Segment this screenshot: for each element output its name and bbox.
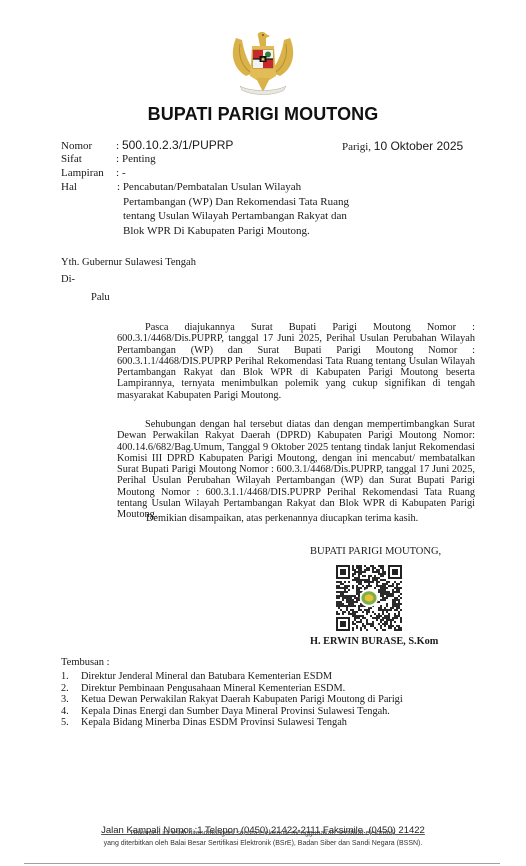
sifat-value: Penting: [122, 153, 156, 165]
meta-lampiran: Lampiran:-: [61, 167, 126, 180]
lampiran-label: Lampiran: [61, 167, 116, 180]
hal-line: Pertambangan (WP) Dan Rekomendasi Tata R…: [117, 195, 377, 210]
date-value: 10 Oktober 2025: [374, 139, 463, 153]
date-place: Parigi,: [342, 141, 371, 153]
nomor-value: 500.10.2.3/1/PUPRP: [122, 138, 233, 152]
tembusan-item: 3.Ketua Dewan Perwakilan Rakyat Daerah K…: [61, 694, 403, 706]
closing-sentence: Demikian disampaikan, atas perkenannya d…: [146, 513, 418, 524]
letterhead-title: BUPATI PARIGI MOUTONG: [0, 104, 526, 125]
recipient-city: Palu: [91, 292, 110, 304]
tembusan-item: 2.Direktur Pembinaan Pengusahaan Mineral…: [61, 683, 403, 695]
hal-line: Blok WPR Di Kabupaten Parigi Moutong.: [117, 224, 377, 239]
page-bottom-rule: [24, 863, 500, 864]
hal-line: tentang Usulan Wilayah Pertambangan Raky…: [117, 209, 377, 224]
footer-certificate-line: Dokumen ini telah ditandatangani secara …: [0, 830, 526, 837]
hal-label: Hal: [61, 181, 116, 194]
hal-colon: :: [117, 181, 120, 193]
tembusan-item: 5.Kepala Bidang Minerba Dinas ESDM Provi…: [61, 717, 403, 729]
tembusan-item: 4.Kepala Dinas Energi dan Sumber Daya Mi…: [61, 706, 403, 718]
meta-hal: Hal: [61, 181, 116, 194]
signatory-name: H. ERWIN BURASE, S.Kom: [310, 636, 438, 647]
recipient-to: Yth. Gubernur Sulawesi Tengah: [61, 257, 196, 269]
letter-date: Parigi, 10 Oktober 2025: [342, 139, 463, 153]
hal-line: Pencabutan/Pembatalan Usulan Wilayah: [123, 181, 301, 193]
tembusan-title: Tembusan :: [61, 657, 110, 668]
meta-nomor: Nomor:500.10.2.3/1/PUPRP: [61, 139, 233, 153]
sifat-label: Sifat: [61, 153, 116, 166]
garuda-emblem-icon: [226, 30, 300, 100]
footer-certificate-line: yang diterbitkan oleh Balai Besar Sertif…: [0, 840, 526, 847]
nomor-label: Nomor: [61, 140, 116, 153]
recipient-di: Di-: [61, 274, 75, 286]
signature-title: BUPATI PARIGI MOUTONG,: [310, 546, 441, 557]
lampiran-value: -: [122, 167, 126, 179]
hal-value: : Pencabutan/Pembatalan Usulan Wilayah P…: [117, 180, 377, 238]
body-paragraph: Pasca diajukannya Surat Bupati Parigi Mo…: [117, 322, 475, 401]
qr-code-icon: [332, 561, 406, 633]
tembusan-item: 1.Direktur Jenderal Mineral dan Batubara…: [61, 671, 403, 683]
meta-sifat: Sifat:Penting: [61, 153, 156, 166]
body-paragraph: Sehubungan dengan hal tersebut diatas da…: [117, 419, 475, 521]
tembusan-list: 1.Direktur Jenderal Mineral dan Batubara…: [61, 671, 403, 729]
